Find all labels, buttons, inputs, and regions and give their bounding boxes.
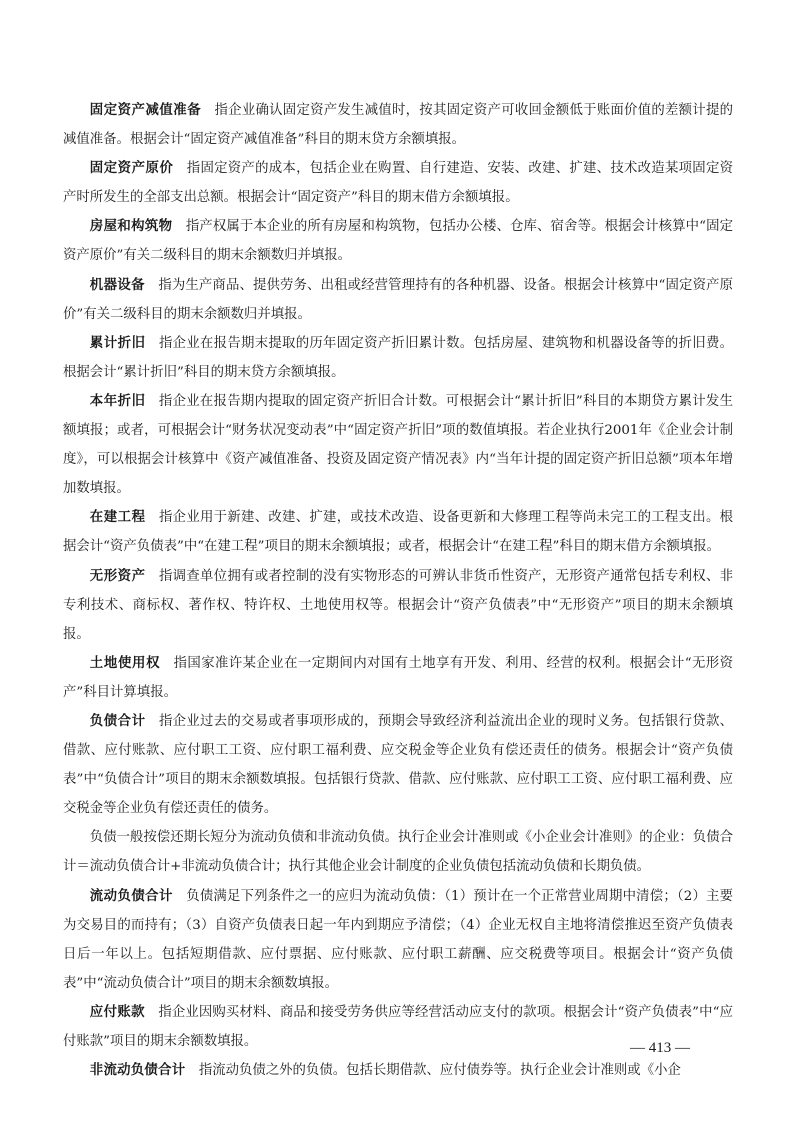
definition-intangible-assets: 无形资产指调查单位拥有或者控制的没有实物形态的可辨认非货币性资产，无形资产通常包… bbox=[63, 562, 733, 649]
document-body: 固定资产减值准备指企业确认固定资产发生减值时，按其固定资产可收回金额低于账面价值… bbox=[63, 96, 733, 1085]
term-label: 在建工程 bbox=[90, 510, 146, 525]
definition-text: 指为生产商品、提供劳务、出租或经营管理持有的各种机器、设备。根据会计核算中“固定… bbox=[63, 278, 733, 322]
definition-accumulated-depreciation: 累计折旧指企业在报告期末提取的历年固定资产折旧累计数。包括房屋、建筑物和机器设备… bbox=[63, 329, 733, 387]
term-label: 土地使用权 bbox=[90, 656, 160, 671]
term-label: 无形资产 bbox=[90, 569, 146, 584]
page-number: — 413 — bbox=[630, 1040, 690, 1057]
definition-text: 指企业用于新建、改建、扩建，或技术改造、设备更新和大修理工程等尚未完工的工程支出… bbox=[63, 510, 733, 554]
definition-text: 指流动负债之外的负债。包括长期借款、应付债券等。执行企业会计准则或《小企 bbox=[199, 1063, 681, 1078]
definition-machinery: 机器设备指为生产商品、提供劳务、出租或经营管理持有的各种机器、设备。根据会计核算… bbox=[63, 271, 733, 329]
definition-text: 指企业在报告期末提取的历年固定资产折旧累计数。包括房屋、建筑物和机器设备等的折旧… bbox=[63, 336, 733, 380]
term-label: 本年折旧 bbox=[90, 394, 146, 409]
definition-text: 指调查单位拥有或者控制的没有实物形态的可辨认非货币性资产，无形资产通常包括专利权… bbox=[63, 569, 733, 642]
term-label: 累计折旧 bbox=[90, 336, 146, 351]
definition-text: 指企业在报告期内提取的固定资产折旧合计数。可根据会计“累计折旧”科目的本期贷方累… bbox=[63, 394, 733, 496]
definition-text: 指企业过去的交易或者事项形成的，预期会导致经济利益流出企业的现时义务。包括银行贷… bbox=[63, 714, 733, 816]
term-label: 应付账款 bbox=[90, 1005, 145, 1020]
definition-annual-depreciation: 本年折旧指企业在报告期内提取的固定资产折旧合计数。可根据会计“累计折旧”科目的本… bbox=[63, 387, 733, 503]
term-label: 负债合计 bbox=[90, 714, 146, 729]
term-label: 固定资产减值准备 bbox=[90, 103, 201, 118]
definition-buildings: 房屋和构筑物指产权属于本企业的所有房屋和构筑物，包括办公楼、仓库、宿舍等。根据会… bbox=[63, 212, 733, 270]
definition-fixed-asset-original-cost: 固定资产原价指固定资产的成本，包括企业在购置、自行建造、安装、改建、扩建、技术改… bbox=[63, 154, 733, 212]
term-label: 固定资产原价 bbox=[90, 161, 174, 176]
term-label: 流动负债合计 bbox=[90, 889, 173, 904]
definition-fixed-asset-impairment: 固定资产减值准备指企业确认固定资产发生减值时，按其固定资产可收回金额低于账面价值… bbox=[63, 96, 733, 154]
definition-land-use-rights: 土地使用权指国家准许某企业在一定期间内对国有土地享有开发、利用、经营的权利。根据… bbox=[63, 649, 733, 707]
definition-construction-in-progress: 在建工程指企业用于新建、改建、扩建，或技术改造、设备更新和大修理工程等尚未完工的… bbox=[63, 503, 733, 561]
paragraph-text: 负债一般按偿还期长短分为流动负债和非流动负债。执行企业会计准则或《小企业会计准则… bbox=[63, 830, 733, 874]
term-label: 机器设备 bbox=[90, 278, 145, 293]
liabilities-classification-note: 负债一般按偿还期长短分为流动负债和非流动负债。执行企业会计准则或《小企业会计准则… bbox=[63, 823, 733, 881]
term-label: 房屋和构筑物 bbox=[90, 219, 173, 234]
term-label: 非流动负债合计 bbox=[90, 1063, 186, 1078]
definition-text: 指国家准许某企业在一定期间内对国有土地享有开发、利用、经营的权利。根据会计“无形… bbox=[63, 656, 733, 700]
definition-total-liabilities: 负债合计指企业过去的交易或者事项形成的，预期会导致经济利益流出企业的现时义务。包… bbox=[63, 707, 733, 823]
definition-current-liabilities: 流动负债合计负债满足下列条件之一的应归为流动负债：（1）预计在一个正常营业周期中… bbox=[63, 882, 733, 998]
definition-non-current-liabilities: 非流动负债合计指流动负债之外的负债。包括长期借款、应付债券等。执行企业会计准则或… bbox=[63, 1056, 733, 1085]
